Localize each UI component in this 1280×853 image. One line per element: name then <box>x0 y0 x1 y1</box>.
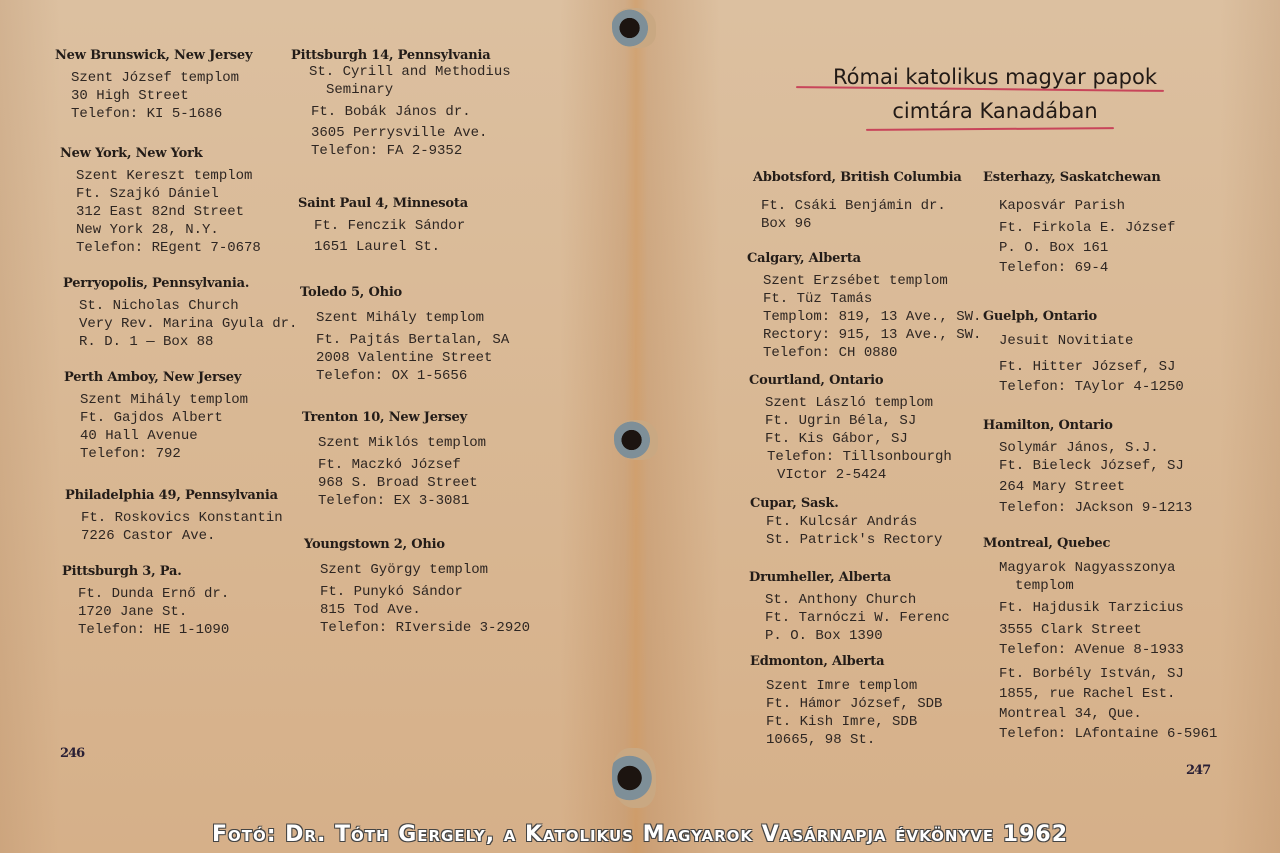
entry-line: Szent József templom <box>55 69 252 87</box>
entry-line: 10665, 98 St. <box>750 731 942 749</box>
city-heading: Guelph, Ontario <box>983 309 1184 324</box>
city-heading: Philadelphia 49, Pennsylvania <box>65 488 283 503</box>
entry-line: Ft. Dunda Ernő dr. <box>62 585 229 603</box>
city-heading: Abbotsford, British Columbia <box>753 170 962 185</box>
city-heading: Courtland, Ontario <box>749 373 952 388</box>
entry-line: 3605 Perrysville Ave. <box>291 124 511 142</box>
entry-line: 2008 Valentine Street <box>300 349 509 367</box>
entry-line: Telefon: Tillsonbourgh <box>749 448 952 466</box>
entry-line: St. Patrick's Rectory <box>750 531 942 549</box>
entry-line: Telefon: OX 1-5656 <box>300 367 509 385</box>
entry-line: 264 Mary Street <box>983 478 1192 496</box>
entry-line: Telefon: 69-4 <box>983 259 1175 277</box>
left-page: New Brunswick, New Jersey Szent József t… <box>0 0 620 800</box>
city-heading: Pittsburgh 14, Pennsylvania <box>291 48 511 63</box>
entry-line: Telefon: CH 0880 <box>747 344 981 362</box>
entry-trenton: Trenton 10, New Jersey Szent Miklós temp… <box>302 410 486 510</box>
entry-pittsburgh-14: Pittsburgh 14, Pennsylvania St. Cyrill a… <box>291 48 511 160</box>
photo-credit-caption: Fotó: Dr. Tóth Gergely, a Katolikus Magy… <box>0 822 1280 847</box>
entry-line: Telefon: 792 <box>64 445 248 463</box>
city-heading: Saint Paul 4, Minnesota <box>298 196 468 211</box>
city-heading: Drumheller, Alberta <box>749 570 950 585</box>
city-heading: New York, New York <box>60 146 261 161</box>
entry-line: Montreal 34, Que. <box>983 705 1217 723</box>
entry-line: Szent Mihály templom <box>300 309 509 327</box>
entry-line: Telefon: HE 1-1090 <box>62 621 229 639</box>
entry-line: Very Rev. Marina Gyula dr. <box>63 315 297 333</box>
entry-line: Ft. Gajdos Albert <box>64 409 248 427</box>
entry-line: Telefon: JAckson 9-1213 <box>983 499 1192 517</box>
entry-line: 1855, rue Rachel Est. <box>983 685 1217 703</box>
entry-line: Ft. Tarnóczi W. Ferenc <box>749 609 950 627</box>
entry-line: 1720 Jane St. <box>62 603 229 621</box>
entry-line: P. O. Box 1390 <box>749 627 950 645</box>
entry-line: Magyarok Nagyasszonya <box>983 559 1217 577</box>
entry-line: Box 96 <box>753 215 962 233</box>
entry-perryopolis: Perryopolis, Pennsylvania. St. Nicholas … <box>63 276 297 351</box>
entry-line: Ft. Kis Gábor, SJ <box>749 430 952 448</box>
entry-line: Telefon: LAfontaine 6-5961 <box>983 725 1217 743</box>
entry-line: Szent Erzsébet templom <box>747 272 981 290</box>
entry-abbotsford: Abbotsford, British Columbia Ft. Csáki B… <box>753 170 962 233</box>
book-spread: New Brunswick, New Jersey Szent József t… <box>0 0 1280 853</box>
entry-line: Ft. Maczkó József <box>302 456 486 474</box>
entry-pittsburgh-3: Pittsburgh 3, Pa. Ft. Dunda Ernő dr. 172… <box>62 564 229 639</box>
entry-line: Ft. Fenczik Sándor <box>298 217 468 235</box>
entry-line: St. Anthony Church <box>749 591 950 609</box>
entry-line: P. O. Box 161 <box>983 239 1175 257</box>
entry-line: 968 S. Broad Street <box>302 474 486 492</box>
entry-line: 815 Tod Ave. <box>304 601 530 619</box>
entry-line: Telefon: REgent 7-0678 <box>60 239 261 257</box>
entry-line: Rectory: 915, 13 Ave., SW. <box>747 326 981 344</box>
entry-line: Szent György templom <box>304 561 530 579</box>
entry-line: Ft. Bieleck József, SJ <box>983 457 1192 475</box>
entry-line: Ft. Szajkó Dániel <box>60 185 261 203</box>
entry-new-brunswick: New Brunswick, New Jersey Szent József t… <box>55 48 252 123</box>
entry-line: Ft. Bobák János dr. <box>291 103 511 121</box>
entry-esterhazy: Esterhazy, Saskatchewan Kaposvár Parish … <box>983 170 1175 277</box>
entry-saint-paul: Saint Paul 4, Minnesota Ft. Fenczik Sánd… <box>298 196 468 256</box>
entry-line: Templom: 819, 13 Ave., SW. <box>747 308 981 326</box>
entry-line: Telefon: RIverside 3-2920 <box>304 619 530 637</box>
entry-calgary: Calgary, Alberta Szent Erzsébet templom … <box>747 251 981 362</box>
entry-line: Ft. Hajdusik Tarzicius <box>983 599 1217 617</box>
entry-line: Szent Miklós templom <box>302 434 486 452</box>
entry-line: Ft. Hámor József, SDB <box>750 695 942 713</box>
city-heading: Pittsburgh 3, Pa. <box>62 564 229 579</box>
entry-youngstown: Youngstown 2, Ohio Szent György templom … <box>304 537 530 637</box>
entry-line: 1651 Laurel St. <box>298 238 468 256</box>
entry-line: Ft. Hitter József, SJ <box>983 358 1184 376</box>
entry-philadelphia: Philadelphia 49, Pennsylvania Ft. Roskov… <box>65 488 283 545</box>
entry-line: 7226 Castor Ave. <box>65 527 283 545</box>
entry-montreal: Montreal, Quebec Magyarok Nagyasszonya t… <box>983 536 1217 743</box>
entry-line: Ft. Firkola E. József <box>983 219 1175 237</box>
entry-line: Telefon: KI 5-1686 <box>55 105 252 123</box>
entry-line: 30 High Street <box>55 87 252 105</box>
entry-toledo: Toledo 5, Ohio Szent Mihály templom Ft. … <box>300 285 509 385</box>
entry-new-york: New York, New York Szent Kereszt templom… <box>60 146 261 257</box>
entry-line: 3555 Clark Street <box>983 621 1217 639</box>
title-line-2: cimtára Kanadában <box>805 94 1185 128</box>
entry-line: New York 28, N.Y. <box>60 221 261 239</box>
entry-line: VIctor 2-5424 <box>749 466 952 484</box>
city-heading: Hamilton, Ontario <box>983 418 1192 433</box>
city-heading: Trenton 10, New Jersey <box>302 410 486 425</box>
entry-line: Ft. Borbély István, SJ <box>983 665 1217 683</box>
entry-line: Ft. Csáki Benjámin dr. <box>753 197 962 215</box>
entry-line: Seminary <box>291 81 511 99</box>
entry-line: 312 East 82nd Street <box>60 203 261 221</box>
entry-line: templom <box>983 577 1217 595</box>
entry-drumheller: Drumheller, Alberta St. Anthony Church F… <box>749 570 950 645</box>
city-heading: Perth Amboy, New Jersey <box>64 370 248 385</box>
entry-line: Telefon: EX 3-3081 <box>302 492 486 510</box>
entry-hamilton: Hamilton, Ontario Solymár János, S.J. Ft… <box>983 418 1192 517</box>
entry-line: Ft. Punykó Sándor <box>304 583 530 601</box>
city-heading: Calgary, Alberta <box>747 251 981 266</box>
page-title: Római katolikus magyar papok cimtára Kan… <box>805 60 1185 128</box>
entry-edmonton: Edmonton, Alberta Szent Imre templom Ft.… <box>750 654 942 749</box>
entry-line: Ft. Kish Imre, SDB <box>750 713 942 731</box>
city-heading: Cupar, Sask. <box>750 496 942 511</box>
entry-line: Ft. Roskovics Konstantin <box>65 509 283 527</box>
page-number-right: 247 <box>1186 763 1210 778</box>
entry-line: St. Cyrill and Methodius <box>291 63 511 81</box>
city-heading: Montreal, Quebec <box>983 536 1217 551</box>
entry-cupar: Cupar, Sask. Ft. Kulcsár András St. Patr… <box>750 496 942 549</box>
entry-line: Telefon: FA 2-9352 <box>291 142 511 160</box>
entry-line: Szent Kereszt templom <box>60 167 261 185</box>
entry-perth-amboy: Perth Amboy, New Jersey Szent Mihály tem… <box>64 370 248 463</box>
entry-guelph: Guelph, Ontario Jesuit Novitiate Ft. Hit… <box>983 309 1184 396</box>
entry-line: Ft. Pajtás Bertalan, SA <box>300 331 509 349</box>
entry-line: Ft. Tüz Tamás <box>747 290 981 308</box>
entry-line: Ft. Kulcsár András <box>750 513 942 531</box>
page-number-left: 246 <box>60 746 84 761</box>
entry-line: Kaposvár Parish <box>983 197 1175 215</box>
city-heading: Esterhazy, Saskatchewan <box>983 170 1175 185</box>
entry-line: Ft. Ugrin Béla, SJ <box>749 412 952 430</box>
entry-line: Telefon: AVenue 8-1933 <box>983 641 1217 659</box>
entry-line: Szent Mihály templom <box>64 391 248 409</box>
entry-line: St. Nicholas Church <box>63 297 297 315</box>
city-heading: Edmonton, Alberta <box>750 654 942 669</box>
entry-line: Solymár János, S.J. <box>983 439 1192 457</box>
city-heading: New Brunswick, New Jersey <box>55 48 252 63</box>
red-underline-2 <box>866 127 1114 131</box>
city-heading: Youngstown 2, Ohio <box>304 537 530 552</box>
entry-line: R. D. 1 — Box 88 <box>63 333 297 351</box>
entry-line: 40 Hall Avenue <box>64 427 248 445</box>
city-heading: Toledo 5, Ohio <box>300 285 509 300</box>
entry-courtland: Courtland, Ontario Szent László templom … <box>749 373 952 484</box>
entry-line: Jesuit Novitiate <box>983 332 1184 350</box>
right-page: Római katolikus magyar papok cimtára Kan… <box>650 0 1280 800</box>
entry-line: Szent Imre templom <box>750 677 942 695</box>
city-heading: Perryopolis, Pennsylvania. <box>63 276 297 291</box>
entry-line: Telefon: TAylor 4-1250 <box>983 378 1184 396</box>
entry-line: Szent László templom <box>749 394 952 412</box>
